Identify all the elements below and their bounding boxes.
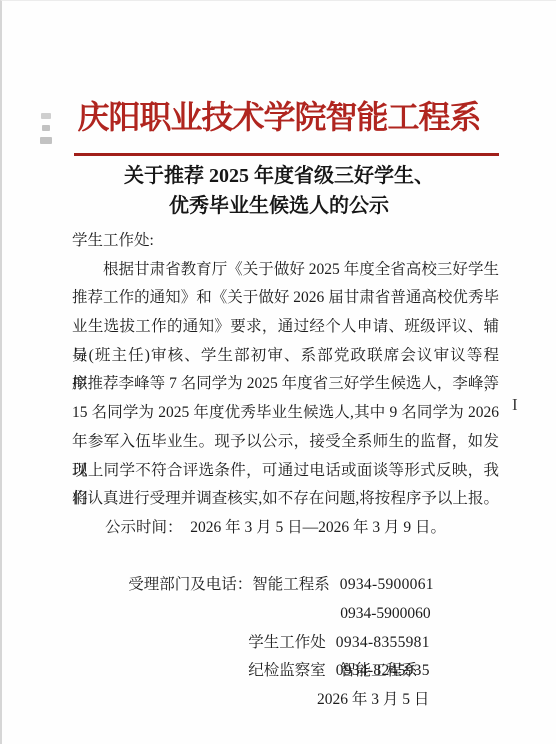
body-line: 年参军入伍毕业生。现予以公示，接受全系师生的监督，如发现 (72, 428, 499, 457)
body-line: 以上同学不符合评选条件，可通过电话或面谈等形式反映，我们 (72, 457, 499, 486)
letterhead-title: 庆阳职业技术学院智能工程系 (2, 95, 556, 139)
document-body: 学生工作处: 根据甘肃省教育厅《关于做好 2025 年度全省高校三好学生推荐工作… (72, 227, 499, 715)
contact-phone: 0934-8355981 (336, 634, 430, 651)
letterhead-divider-line (74, 153, 499, 156)
body-line: 根据甘肃省教育厅《关于做好 2025 年度全省高校三好学生 (72, 256, 499, 285)
body-line: 员(班主任)审核、学生部初审、系部党政联席会议审议等程序， (72, 342, 499, 371)
contact-label: 受理部门及电话： (128, 576, 252, 593)
body-line: 15 名同学为 2025 年度优秀毕业生候选人,其中 9 名同学为 2026 (72, 399, 499, 428)
contact-phone: 0934-5900060 (340, 605, 430, 622)
document-title-line-2: 优秀毕业生候选人的公示 (2, 191, 556, 221)
signature-date: 2026 年 3 月 5 日 (72, 686, 499, 715)
notice-period-line: 公示时间： 2026 年 3 月 5 日—2026 年 3 月 9 日。 (72, 514, 499, 543)
document-page[interactable]: 庆阳职业技术学院智能工程系 关于推荐 2025 年度省级三好学生、 优秀毕业生候… (0, 0, 556, 744)
contact-line-3: 学生工作处0934-8355981 (72, 600, 499, 629)
document-title: 关于推荐 2025 年度省级三好学生、 优秀毕业生候选人的公示 (2, 161, 556, 221)
contact-line-1: 受理部门及电话：智能工程系0934-5900061 (72, 543, 499, 572)
contact-dept: 纪检监察室 (248, 662, 326, 679)
body-line: 拟推荐李峰等 7 名同学为 2025 年度省三好学生候选人，李峰等 (72, 370, 499, 399)
text-cursor-ibeam: I (512, 395, 518, 415)
contact-dept: 学生工作处 (248, 634, 326, 651)
body-line: 推荐工作的通知》和《关于做好 2026 届甘肃省普通高校优秀毕 (72, 284, 499, 313)
contact-dept: 智能工程系 (252, 576, 330, 593)
document-title-line-1: 关于推荐 2025 年度省级三好学生、 (2, 161, 556, 191)
body-line: 将认真进行受理并调查核实,如不存在问题,将按程序予以上报。 (72, 485, 499, 514)
body-line: 业生选拔工作的通知》要求，通过经个人申请、班级评议、辅导 (72, 313, 499, 342)
contact-phone: 0934-5900061 (340, 576, 434, 593)
salutation: 学生工作处: (72, 227, 499, 256)
body-paragraph: 根据甘肃省教育厅《关于做好 2025 年度全省高校三好学生推荐工作的通知》和《关… (72, 256, 499, 514)
